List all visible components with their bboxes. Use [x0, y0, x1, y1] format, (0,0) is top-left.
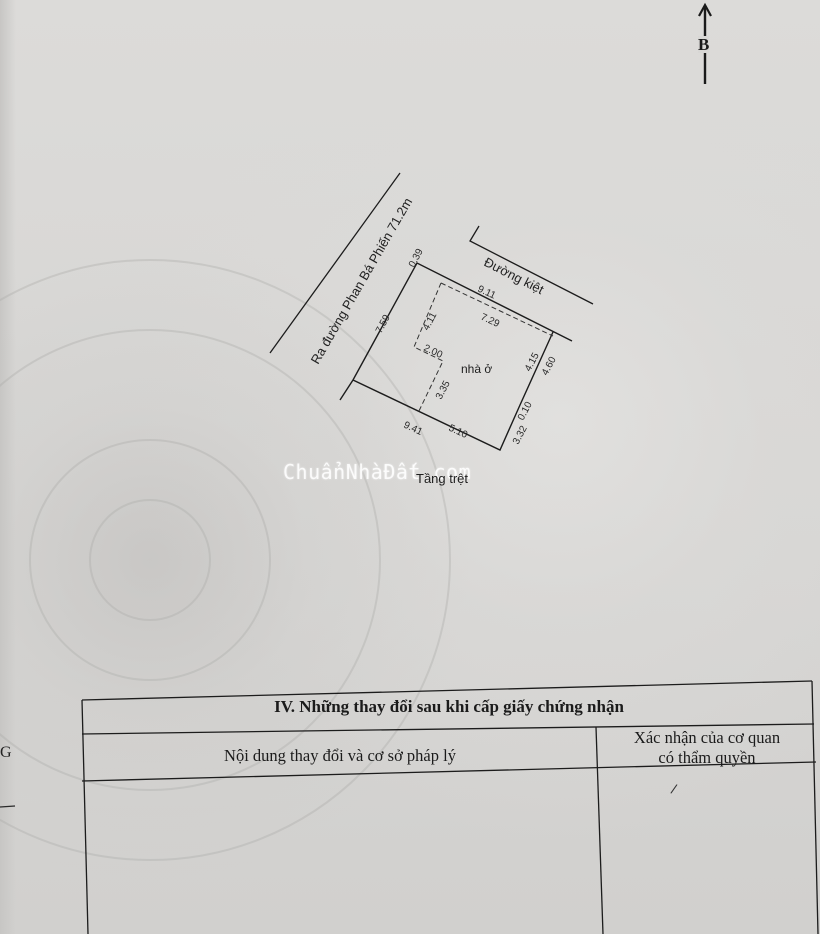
dim-bottom-edge-outer: 9.41: [402, 420, 425, 438]
table-cell-confirmation: [598, 782, 816, 934]
dim-inner-notch-top: 4.11: [421, 310, 440, 332]
dim-top-edge-inner: 7.29: [479, 312, 502, 330]
changes-table: IV. Những thay đổi sau khi cấp giấy chứn…: [82, 678, 816, 934]
edge-line-fragment: [0, 806, 15, 807]
dim-right-lower: 3.32: [511, 424, 530, 447]
north-label: B: [698, 36, 709, 53]
column-header-confirmation: Xác nhận của cơ quan có thẩm quyền: [598, 718, 816, 778]
floor-label: Tầng trệt: [416, 471, 468, 486]
column-header-confirmation-line2: có thẩm quyền: [634, 748, 780, 768]
table-cell-content: [82, 782, 598, 934]
dim-left-edge: 7.59: [374, 313, 393, 336]
dim-right-edge-outer: 4.60: [540, 355, 559, 378]
dim-inner-notch-bottom: 3.35: [434, 379, 453, 402]
dim-inner-notch-step: 2.00: [422, 343, 445, 361]
edge-text-fragment: G: [0, 744, 12, 762]
main-road-label: Ra đường Phan Bá Phiến 71.2m: [308, 195, 416, 366]
dim-top-edge-outer: 9.11: [476, 284, 498, 302]
dim-right-step: 0.10: [516, 400, 535, 423]
house-label: nhà ở: [461, 362, 492, 376]
dim-bottom-edge-inner: 5.10: [447, 423, 470, 441]
column-header-confirmation-line1: Xác nhận của cơ quan: [634, 728, 780, 748]
column-header-content: Nội dung thay đổi và cơ sở pháp lý: [82, 730, 598, 782]
